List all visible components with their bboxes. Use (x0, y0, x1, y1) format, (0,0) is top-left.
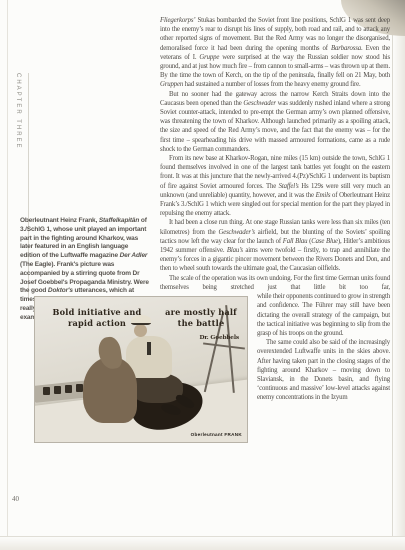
body-text-column: Fliegerkorps’ Stukas bombarded the Sovie… (160, 16, 390, 445)
italic-text-run: Geschwader (243, 100, 275, 107)
text-run: had sustained a number of losses from th… (183, 81, 360, 88)
italic-text-run: Fall Blau (283, 238, 308, 245)
italic-text-run: Geschwader’s (218, 229, 254, 236)
exhaust-stub-shape (43, 387, 50, 395)
photo-corner-caption: Oberleutnant FRANK (191, 430, 242, 439)
italic-text-run: Gruppen (160, 81, 183, 88)
pilot-tie-shape (147, 342, 151, 355)
italic-text-run: Der Adler (120, 252, 148, 259)
text-run: The scale of the operation was its own u… (160, 275, 390, 291)
body-paragraph-1: Fliegerkorps’ Stukas bombarded the Sovie… (160, 16, 390, 90)
body-paragraph-5-wide: The scale of the operation was its own u… (160, 274, 390, 292)
exhaust-stub-shape (76, 384, 83, 392)
italic-text-run: Doktor's (48, 287, 73, 294)
page-number: 40 (12, 495, 19, 503)
exhaust-stub-shape (65, 385, 72, 393)
page-left-edge-line (7, 0, 8, 536)
italic-text-run: Staffel’s (279, 183, 299, 190)
text-run: Oberleutnant Heinz Frank, (20, 217, 99, 224)
italic-text-run: Barbarossa (331, 45, 361, 52)
text-run: while their opponents continued to grow … (257, 293, 390, 337)
photo-quote-signature: Dr. Goebbels (161, 334, 239, 343)
photo-quote-left: Bold initiative and rapid action (47, 307, 147, 329)
italic-text-run: Case Blue (311, 238, 338, 245)
chapter-label: CHAPTER THREE (15, 73, 21, 150)
body-paragraph-3: From its new base at Kharkov-Rogan, nine… (160, 154, 390, 218)
tail-strut-shape (203, 343, 245, 350)
italic-text-run: Fliegerkorps’ (160, 17, 195, 24)
body-paragraph-2: But no sooner had the gateway across the… (160, 90, 390, 154)
photo-quote-right: are mostly half the battle (161, 307, 241, 329)
text-run: The same could also be said of the incre… (257, 339, 390, 401)
exhaust-stub-shape (54, 386, 61, 394)
text-run: was suddenly rushed inland where a stron… (160, 100, 390, 153)
body-paragraph-4: It had been a close run thing. At one st… (160, 218, 390, 273)
page-right-edge-shade (393, 20, 405, 550)
book-page: CHAPTER THREE Oberleutnant Heinz Frank, … (0, 0, 405, 550)
italic-text-run: Gruppe (199, 54, 219, 61)
page-bottom-edge (0, 536, 405, 550)
italic-text-run: Blau’s (227, 247, 243, 254)
italic-text-run: Staffelkapitän (99, 217, 139, 224)
photograph-frank-with-dog: Bold initiative and rapid action are mos… (34, 296, 248, 443)
page-right-edge-line (392, 26, 393, 540)
italic-text-run: Emils (316, 192, 331, 199)
